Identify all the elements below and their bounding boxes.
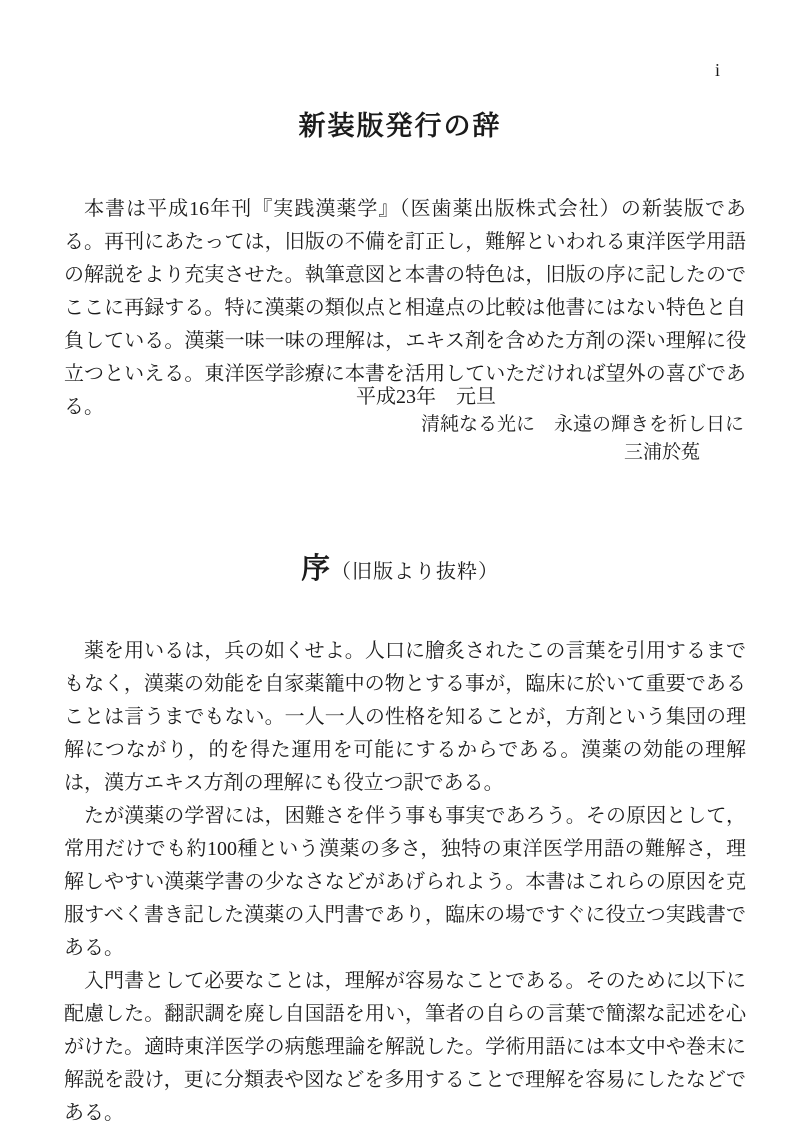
section2-paragraph: たが漢薬の学習には，困難さを伴う事も事実であろう。その原因として，常用だけでも約… [64, 800, 746, 965]
section2-title-main: 序 [301, 553, 331, 585]
dedication-line: 清純なる光に 永遠の輝きを祈し日に [421, 412, 744, 438]
author-name: 三浦於菟 [624, 440, 700, 466]
section2-body: 薬を用いるは，兵の如くせよ。人口に膾炙されたこの言葉を引用するまでもなく，漢薬の… [64, 635, 746, 1130]
page-number: i [715, 60, 720, 81]
section2-paragraph: 薬を用いるは，兵の如くせよ。人口に膾炙されたこの言葉を引用するまでもなく，漢薬の… [64, 635, 746, 800]
book-page: i 新装版発行の辞 本書は平成16年刊『実践漢薬学』（医歯薬出版株式会社）の新装… [0, 0, 800, 1135]
section2-title-sub: （旧版より抜粋） [331, 561, 499, 583]
date-line: 平成23年 元旦 [356, 384, 496, 410]
section2-paragraph: 入門書として必要なことは，理解が容易なことである。そのために以下に配慮した。翻訳… [64, 965, 746, 1130]
section1-title: 新装版発行の辞 [0, 104, 800, 143]
section2-title: 序（旧版より抜粋） [0, 546, 800, 587]
